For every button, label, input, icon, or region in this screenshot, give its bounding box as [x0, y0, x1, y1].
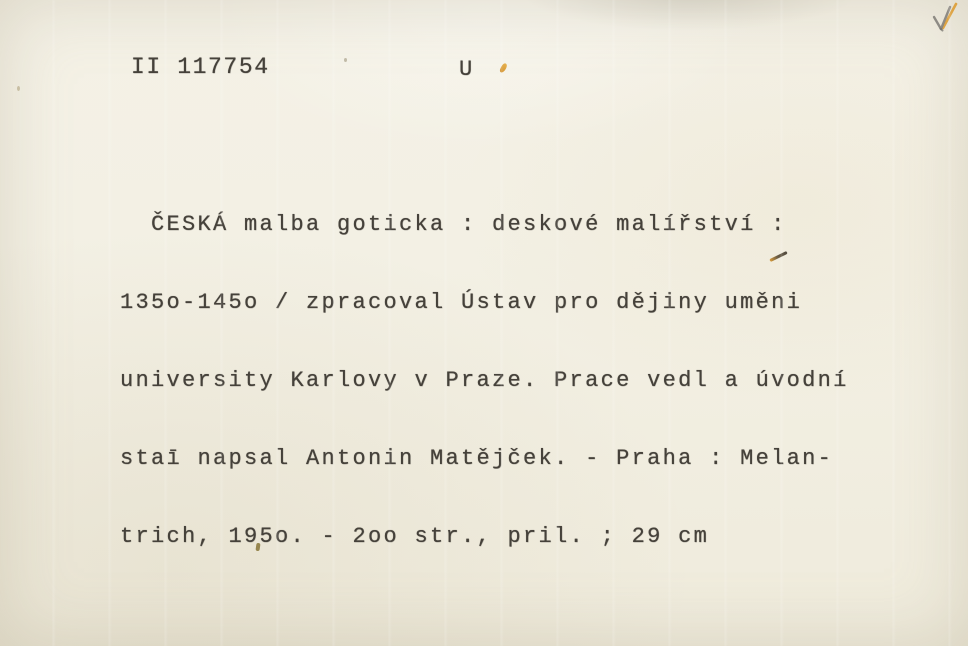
body-line-2: 135o-145o / zpracoval Ústav pro dějiny u…: [120, 290, 849, 316]
orange-ink-fleck: [499, 62, 508, 73]
scanned-card-image: II 117754 U ČESKÁ malba goticka : deskov…: [0, 0, 968, 646]
card-body-text: ČESKÁ malba goticka : deskové malířství …: [120, 160, 849, 602]
body-line-1: ČESKÁ malba goticka : deskové malířství …: [120, 212, 849, 238]
catalog-card: II 117754 U ČESKÁ malba goticka : deskov…: [0, 0, 968, 646]
body-line-3: university Karlovy v Praze. Prace vedl a…: [120, 368, 849, 394]
edge-speck: [17, 86, 20, 91]
heading-letter: U: [459, 57, 475, 82]
body-line-4: staī napsal Antonin Matějček. - Praha : …: [120, 446, 849, 472]
call-number: II 117754: [131, 54, 270, 80]
pencil-checkmark-icon: [925, 1, 967, 43]
top-speck: [344, 58, 347, 62]
body-line-5: trich, 195o. - 2oo str., pril. ; 29 cm: [120, 524, 849, 550]
